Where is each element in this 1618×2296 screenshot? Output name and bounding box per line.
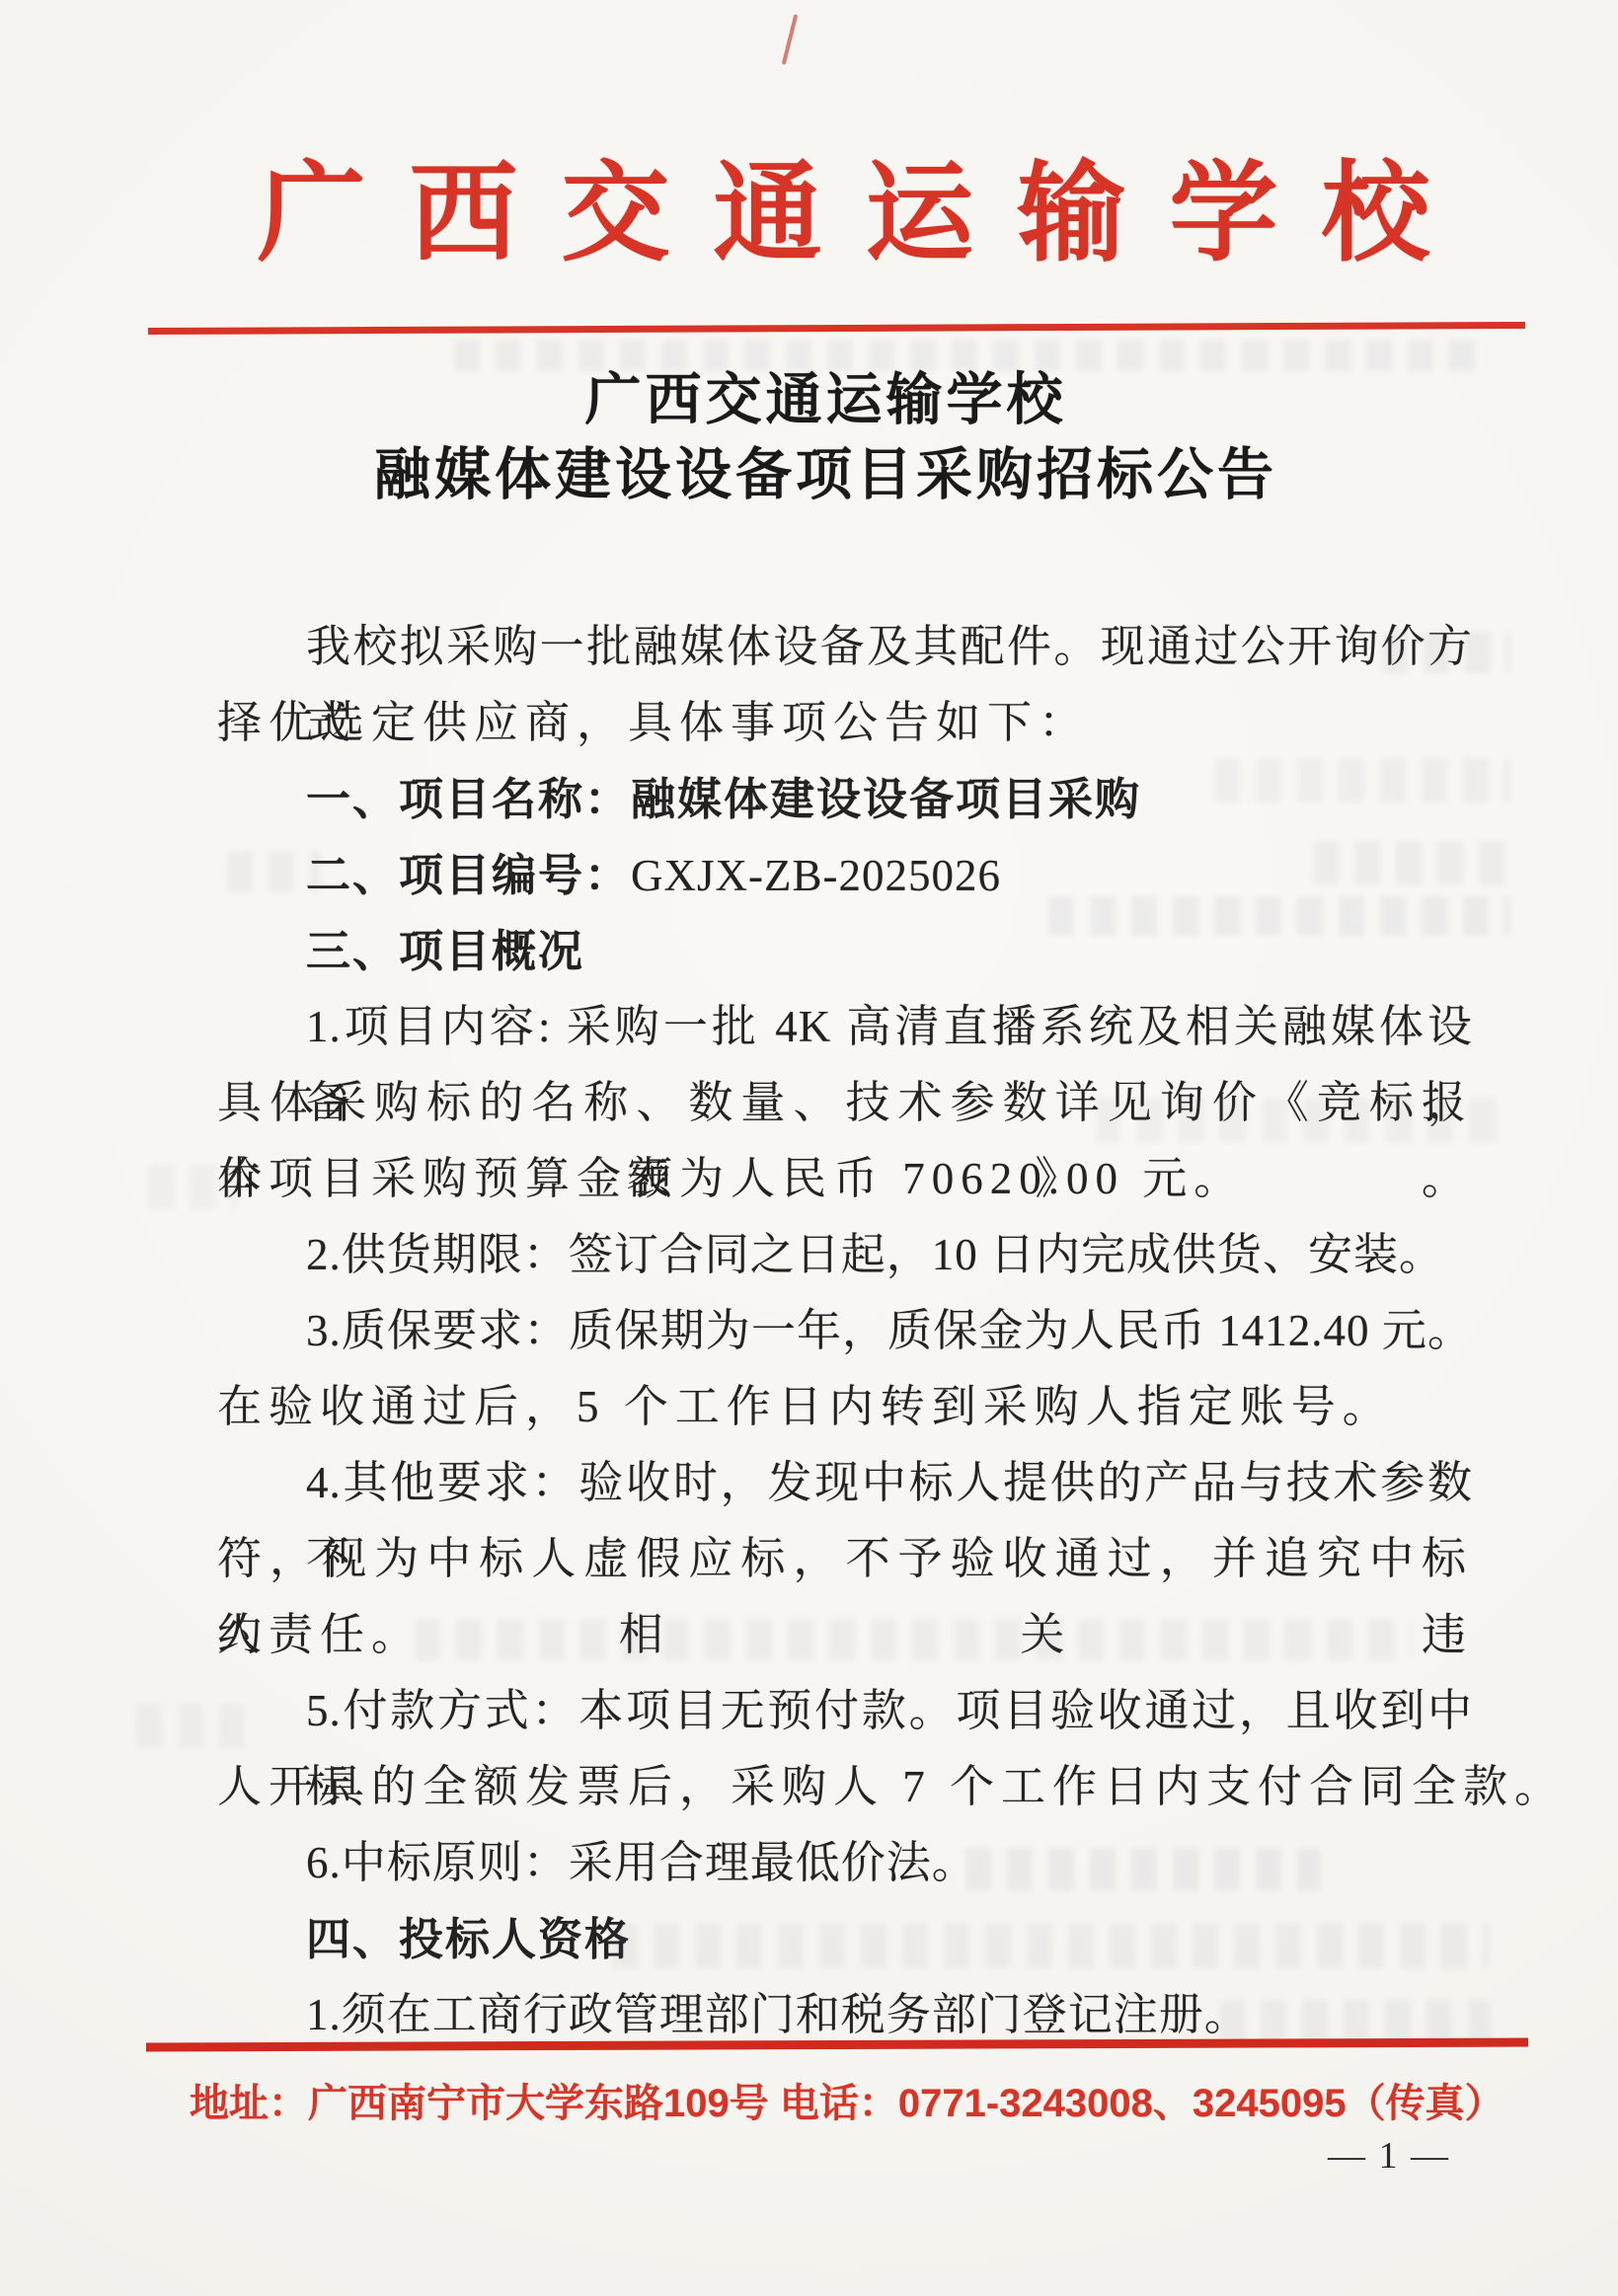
body-line: 具体采购标的名称、数量、技术参数详见询价《竞标报价表》。 — [217, 1065, 1473, 1141]
body-line-segment: 约责任。 — [217, 1610, 423, 1659]
body-line-segment: 人开具的全额发票后，采购人 7 个工作日内支付合同全款。 — [217, 1762, 1566, 1811]
body-line: 2.供货期限：签订合同之日起，10 日内完成供货、安装。 — [217, 1217, 1473, 1293]
document-title: 广西交通运输学校 融媒体建设设备项目采购招标公告 — [30, 363, 1618, 513]
body-line: 三、项目概况 — [217, 913, 1473, 989]
document-body: 我校拟采购一批融媒体设备及其配件。现通过公开询价方式择优选定供应商，具体事项公告… — [217, 609, 1473, 2053]
document-title-line2: 融媒体建设设备项目采购招标公告 — [30, 438, 1618, 513]
body-line: 人开具的全额发票后，采购人 7 个工作日内支付合同全款。 — [217, 1749, 1473, 1825]
body-line: 我校拟采购一批融媒体设备及其配件。现通过公开询价方式 — [217, 609, 1473, 685]
body-line: 择优选定供应商，具体事项公告如下： — [217, 685, 1473, 761]
body-line-segment: 3.质保要求：质保期为一年，质保金为人民币 1412.40 元。 — [306, 1306, 1473, 1355]
body-line: 符，视为中标人虚假应标，不予验收通过，并追究中标人相关违 — [217, 1521, 1473, 1597]
body-line-segment: 四、投标人资格 — [306, 1914, 631, 1964]
body-line-segment: 6.中标原则：采用合理最低价法。 — [306, 1838, 977, 1887]
body-line: 在验收通过后，5 个工作日内转到采购人指定账号。 — [217, 1369, 1473, 1445]
body-line: 一、项目名称：融媒体建设设备项目采购 — [217, 761, 1473, 837]
body-line-segment: 二、项目编号： — [306, 850, 631, 900]
letterhead-divider-line — [148, 322, 1525, 335]
red-pen-mark — [782, 14, 798, 64]
school-letterhead: 广西交通运输学校 — [69, 140, 1618, 288]
body-line-segment: 一、项目名称：融媒体建设设备项目采购 — [306, 774, 1141, 824]
body-line: 4.其他要求：验收时，发现中标人提供的产品与技术参数不 — [217, 1445, 1473, 1521]
page-number: — 1 — — [1328, 2134, 1450, 2178]
body-line-segment: 本项目采购预算金额为人民币 70620.00 元。 — [217, 1154, 1245, 1203]
document-title-line1: 广西交通运输学校 — [30, 363, 1618, 438]
body-line: 四、投标人资格 — [217, 1901, 1473, 1977]
body-line-segment: GXJX-ZB-2025026 — [631, 851, 1001, 900]
footer-contact-line: 地址：广西南宁市大学东路109号 电话：0771-3243008、3245095… — [190, 2081, 1504, 2126]
scanned-document-page: 广西交通运输学校 广西交通运输学校 融媒体建设设备项目采购招标公告 我校拟采购一… — [0, 0, 1618, 2296]
body-line-segment: 1.须在工商行政管理部门和税务部门登记注册。 — [306, 1990, 1250, 2039]
body-line: 1.项目内容: 采购一批 4K 高清直播系统及相关融媒体设备， — [217, 989, 1473, 1065]
body-line-segment: 2.供货期限：签订合同之日起，10 日内完成供货、安装。 — [306, 1230, 1444, 1279]
body-line: 5.付款方式：本项目无预付款。项目验收通过，且收到中标 — [217, 1673, 1473, 1749]
body-line: 6.中标原则：采用合理最低价法。 — [217, 1825, 1473, 1901]
body-line: 二、项目编号：GXJX-ZB-2025026 — [217, 837, 1473, 913]
body-line-segment: 三、项目概况 — [306, 926, 584, 976]
body-line-segment: 择优选定供应商，具体事项公告如下： — [217, 698, 1090, 747]
body-line: 3.质保要求：质保期为一年，质保金为人民币 1412.40 元。 — [217, 1293, 1473, 1369]
body-line-segment: 在验收通过后，5 个工作日内转到采购人指定账号。 — [217, 1382, 1394, 1431]
